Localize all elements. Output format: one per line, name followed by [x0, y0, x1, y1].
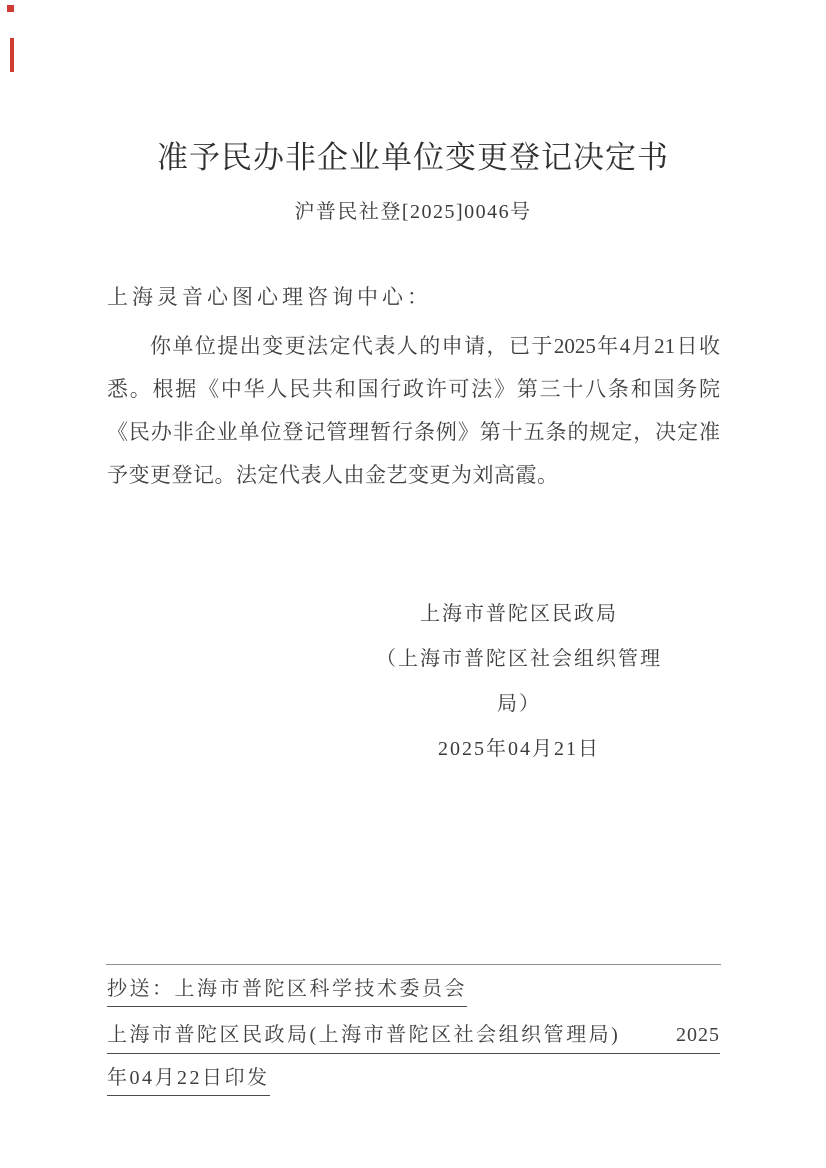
document-page: 准予民办非企业单位变更登记决定书 沪普民社登[2025]0046号 上海灵音心图…: [0, 0, 826, 1168]
body-paragraph: 你单位提出变更法定代表人的申请，已于2025年4月21日收 悉。根据《中华人民共…: [107, 325, 720, 497]
addressee-line: 上海灵音心图心理咨询中心：: [107, 276, 720, 319]
signature-org-alias: （上海市普陀区社会组织管理局）: [360, 637, 678, 727]
paragraph-line: 你单位提出变更法定代表人的申请，已于2025年4月21日收: [107, 325, 720, 368]
cc-line: 抄送：上海市普陀区科学技术委员会: [107, 972, 467, 1007]
document-number: 沪普民社登[2025]0046号: [0, 199, 826, 225]
paragraph-line: 《民办非企业单位登记管理暂行条例》第十五条的规定，决定准: [107, 411, 720, 454]
issuer-line: 上海市普陀区民政局(上海市普陀区社会组织管理局) 2025: [107, 1018, 720, 1054]
scan-artifact-mark: [7, 5, 14, 12]
paragraph-line: 悉。根据《中华人民共和国行政许可法》第三十八条和国务院: [107, 368, 720, 411]
issuer-name: 上海市普陀区民政局(上海市普陀区社会组织管理局): [107, 1018, 620, 1047]
signature-date: 2025年04月21日: [360, 727, 678, 772]
print-date-line: 年04月22日印发: [107, 1061, 270, 1096]
issue-year: 2025: [676, 1024, 720, 1047]
signature-block: 上海市普陀区民政局 （上海市普陀区社会组织管理局） 2025年04月21日: [360, 592, 678, 772]
paragraph-line: 予变更登记。法定代表人由金艺变更为刘高霞。: [107, 454, 720, 497]
document-title: 准予民办非企业单位变更登记决定书: [0, 140, 826, 176]
signature-org: 上海市普陀区民政局: [360, 592, 678, 637]
document-body: 上海灵音心图心理咨询中心： 你单位提出变更法定代表人的申请，已于2025年4月2…: [107, 276, 720, 497]
footer-divider: [106, 964, 721, 965]
scan-artifact-mark: [10, 38, 14, 72]
